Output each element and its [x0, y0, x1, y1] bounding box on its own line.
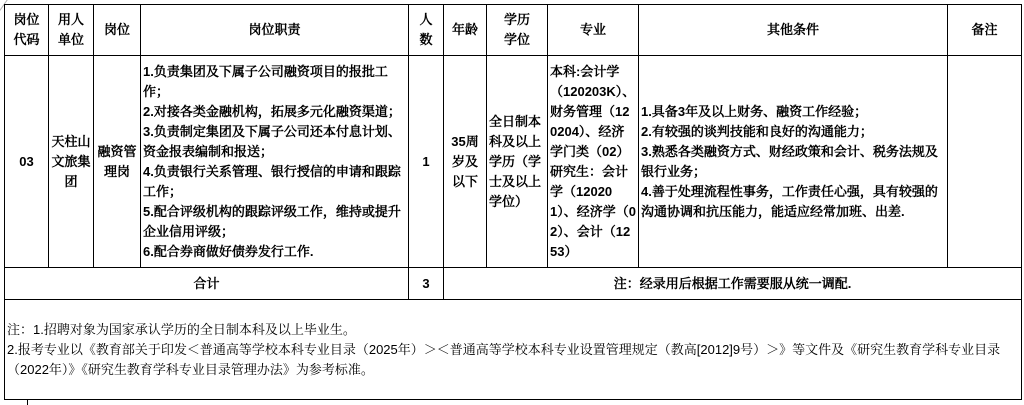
- total-count-cell: 3: [409, 268, 444, 300]
- footnote-cell: 注：1.招聘对象为国家承认学历的全日制本科及以上毕业生。 2.报考专业以《教育部…: [5, 300, 1022, 400]
- job-row: 03 天柱山文旅集团 融资管理岗 1.负责集团及下属子公司融资项目的报批工作； …: [5, 56, 1022, 268]
- duties-cell: 1.负责集团及下属子公司融资项目的报批工作； 2.对接各类金融机构，拓展多元化融…: [141, 56, 409, 268]
- total-row: 合计 3 注：经录用后根据工作需要服从统一调配.: [5, 268, 1022, 300]
- col-header-position-code: 岗位 代码: [5, 5, 49, 56]
- col-header-remark: 备注: [948, 5, 1022, 56]
- total-label-cell: 合计: [5, 268, 409, 300]
- major-cell: 本科:会计学（120203K）、财务管理（120204）、经济学门类（02） 研…: [548, 56, 639, 268]
- col-header-education: 学历 学位: [487, 5, 548, 56]
- col-header-position: 岗位: [94, 5, 141, 56]
- col-header-duties: 岗位职责: [141, 5, 409, 56]
- other-conditions-cell: 1.具备3年及以上财务、融资工作经验； 2.有较强的谈判技能和良好的沟通能力； …: [639, 56, 948, 268]
- remark-cell: [948, 56, 1022, 268]
- col-header-age: 年龄: [444, 5, 487, 56]
- col-header-other-conditions: 其他条件: [639, 5, 948, 56]
- position-cell: 融资管理岗: [94, 56, 141, 268]
- position-code-cell: 03: [5, 56, 49, 268]
- col-header-employer: 用人 单位: [49, 5, 94, 56]
- col-header-headcount: 人 数: [409, 5, 444, 56]
- headcount-cell: 1: [409, 56, 444, 268]
- employer-cell: 天柱山文旅集团: [49, 56, 94, 268]
- header-row: 岗位 代码 用人 单位 岗位 岗位职责 人 数 年龄 学历 学位 专业 其他条件…: [5, 5, 1022, 56]
- footnote-row: 注：1.招聘对象为国家承认学历的全日制本科及以上毕业生。 2.报考专业以《教育部…: [5, 300, 1022, 400]
- age-cell: 35周岁及以下: [444, 56, 487, 268]
- education-cell: 全日制本科及以上学历（学士及以上学位）: [487, 56, 548, 268]
- total-note-cell: 注：经录用后根据工作需要服从统一调配.: [444, 268, 1022, 300]
- page: 岗位 代码 用人 单位 岗位 岗位职责 人 数 年龄 学历 学位 专业 其他条件…: [0, 0, 1024, 405]
- recruitment-table: 岗位 代码 用人 单位 岗位 岗位职责 人 数 年龄 学历 学位 专业 其他条件…: [4, 4, 1022, 400]
- col-header-major: 专业: [548, 5, 639, 56]
- next-table-row-edge: [27, 400, 28, 405]
